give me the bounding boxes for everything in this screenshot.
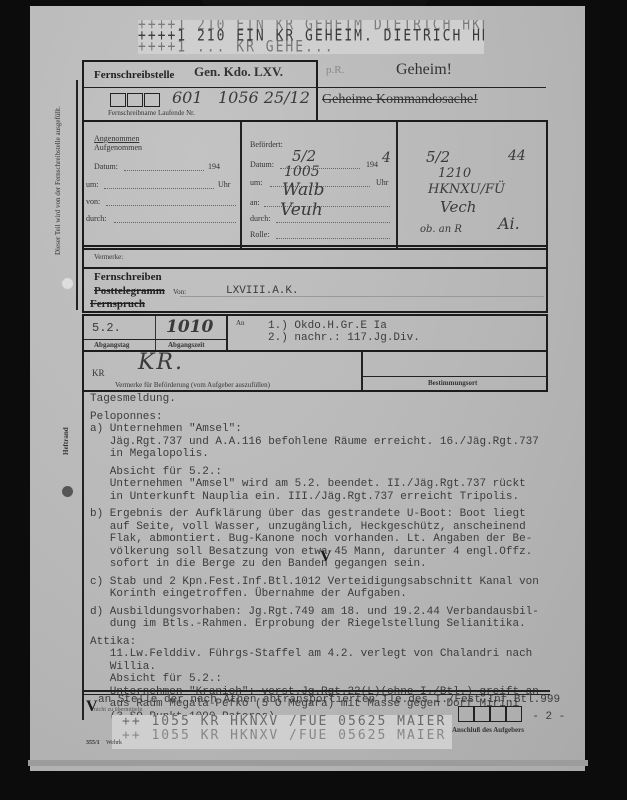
- message-line: Peloponnes:: [90, 411, 560, 424]
- message-line: d) Ausbildungsvorhaben: Jg.Rgt.749 am 18…: [90, 606, 560, 619]
- teleprinter-strip-bottom: ++ 1055 KR HKNXV /FUE 05625 MAIER VATB +…: [112, 715, 452, 749]
- to-label: An: [236, 319, 245, 327]
- dispatch-time: 1010: [166, 317, 213, 337]
- subscriber-box: [490, 706, 506, 722]
- message-line: b) Ergebnis der Aufklärung über das gest…: [90, 508, 560, 521]
- date-label: Datum:: [94, 162, 118, 171]
- message-line: auf Seite, voll Wasser, unzugänglich, He…: [90, 521, 560, 534]
- date-label: Datum:: [250, 160, 274, 169]
- subscriber-box: [506, 706, 522, 722]
- divider: [361, 352, 363, 390]
- message-line: 11.Lw.Felddiv. Führgs-Staffel am 4.2. ve…: [90, 648, 560, 661]
- annotation-time: 1210: [438, 166, 471, 181]
- station-label: Fernschreibstelle: [94, 69, 174, 81]
- subscriber-label: Anschluß des Aufgebers: [452, 726, 524, 734]
- priority-code-label: KR: [92, 368, 105, 378]
- stamp-initials: p.R.: [326, 64, 344, 76]
- handwritten-by: Veuh: [280, 200, 323, 220]
- message-line: Absicht für 5.2.:: [90, 466, 560, 479]
- annotation-date: 5/2: [426, 148, 450, 166]
- recorded-label: Aufgenommen: [94, 143, 142, 152]
- by-label: durch:: [86, 214, 106, 223]
- punch-hole: [62, 278, 73, 289]
- divider: [84, 339, 228, 340]
- forwarded-label: Befördert:: [250, 140, 283, 149]
- by-line: [276, 222, 390, 223]
- year-prefix: 194: [208, 162, 220, 171]
- annotation-note: ob. an R: [420, 224, 462, 235]
- from-line: [180, 296, 544, 297]
- year-prefix: 194: [366, 160, 378, 169]
- forwarded-column: Befördert: Datum: 5/2 194 4 um: 1005 Uhr…: [242, 122, 398, 248]
- left-rule-lower: [82, 390, 84, 720]
- handwritten-year: 4: [382, 150, 391, 166]
- annotation-name: Vech: [440, 198, 476, 216]
- subscriber-box: [474, 706, 490, 722]
- handwritten-date: 5/2: [292, 147, 316, 165]
- option-fernspruch: Fernspruch: [90, 298, 145, 310]
- side-note-upper: Dieser Teil wird von der Fernschreibstel…: [54, 80, 68, 255]
- message-line: Absicht für 5.2.:: [90, 673, 560, 686]
- recipient-1: 1.) Okdo.H.Gr.E Ia: [268, 320, 387, 333]
- role-line: [276, 238, 390, 239]
- message-line: c) Stab und 2 Kpn.Fest.Inf.Btl.1012 Vert…: [90, 576, 560, 589]
- station-value: Gen. Kdo. LXV.: [194, 64, 283, 80]
- name-label: Fernschreibname Laufende Nr.: [108, 109, 195, 117]
- insert-line: an Stelle der nach Athen abtransportiert…: [98, 694, 560, 707]
- message-line: a) Unternehmen "Amsel":: [90, 423, 560, 436]
- message-line: Unternehmen "Amsel" wird am 5.2. beendet…: [90, 478, 560, 491]
- divider: [318, 87, 546, 88]
- classification: Geheim!: [396, 61, 452, 79]
- hour-label: Uhr: [376, 178, 388, 187]
- time-line: [104, 188, 214, 189]
- annotation-initials: Ai.: [498, 214, 520, 233]
- message-line: Korinth eingetroffen. Übernahme der Aufg…: [90, 588, 560, 601]
- from-label: Von:: [173, 288, 186, 296]
- remarks-label: Vermerke:: [94, 253, 123, 261]
- page-edge: [28, 760, 588, 766]
- role-label: Rolle:: [250, 230, 270, 239]
- annotation-year: 44: [508, 148, 526, 164]
- time-label: um:: [250, 178, 262, 187]
- recipient-2: 2.) nachr.: 117.Jg.Div.: [268, 332, 420, 345]
- option-telex: Fernschreiben: [94, 271, 162, 283]
- strip-line: ++ 1055 KR HKNXV /FUE 05625 MAIER VATB +: [122, 715, 452, 729]
- dispatch-time-label: Abgangszeit: [168, 341, 205, 349]
- handwritten-to: Walb: [282, 180, 324, 200]
- date-line: [124, 170, 204, 171]
- message-line: Willia.: [90, 661, 560, 674]
- received-label: Angenommen: [94, 134, 139, 143]
- dispatch-day: 5.2.: [92, 322, 121, 335]
- strip-line: ++++1 ... KR GEHE...: [138, 41, 484, 54]
- to-label: an:: [250, 198, 260, 207]
- divider: [362, 376, 546, 377]
- remarks-box: [82, 245, 548, 269]
- from-label: von:: [86, 197, 100, 206]
- by-line: [114, 222, 236, 223]
- form-number: 355/1: [86, 740, 100, 746]
- message-line: Attika:: [90, 636, 560, 649]
- received-column: Angenommen Aufgenommen Datum: 194 um: Uh…: [84, 122, 242, 248]
- teleprinter-strip-top: ++++1 210 EIN KR GEHEIM DIETRICH HKNXU/F…: [138, 20, 484, 54]
- forwarding-note-label: Vermerke für Beförderung (vom Aufgeber a…: [115, 381, 270, 389]
- checkmark-stamp: V: [320, 548, 332, 566]
- from-line: [106, 205, 236, 206]
- message-line: in Unterkunft Nauplia ein. III./Jäg.Rgt.…: [90, 491, 560, 504]
- destination-label: Bestimmungsort: [428, 379, 477, 387]
- punch-hole: [62, 486, 73, 497]
- name-box: [144, 93, 160, 107]
- subscriber-box: [458, 706, 474, 722]
- side-note-heftrand: Heftrand: [62, 395, 74, 455]
- by-label: durch:: [250, 214, 270, 223]
- annotation-column: 5/2 44 1210 HKNXU/FÜ Vech Ai. ob. an R: [398, 122, 546, 248]
- message-title: Tagesmeldung.: [90, 393, 560, 406]
- dispatch-day-label: Abgangstag: [94, 341, 129, 349]
- name-box: [127, 93, 143, 107]
- annotation-code: HKNXU/FÜ: [428, 182, 505, 197]
- message-line: Flak, abmontiert. Bug-Kanone noch vorhan…: [90, 533, 560, 546]
- strip-line: ++ 1055 KR HKNXV /FUE 05625 MAIER VATB +: [122, 729, 452, 743]
- message-line: dung im Btls.-Rahmen. Erprobung der Rieg…: [90, 618, 560, 631]
- hour-label: Uhr: [218, 180, 230, 189]
- classification-struck: Geheime Kommandosache!: [322, 92, 478, 108]
- time-label: um:: [86, 180, 98, 189]
- divider: [84, 690, 550, 692]
- option-posttelegramm: Posttelegramm: [94, 285, 165, 297]
- name-box: [110, 93, 126, 107]
- message-line: Jäg.Rgt.737 und A.A.116 befohlene Räume …: [90, 436, 560, 449]
- handwritten-number: 1056 25/12: [218, 88, 310, 107]
- handwritten-name: 601: [172, 88, 203, 107]
- priority-hand: KR.: [138, 350, 184, 375]
- form-suffix: Wehrk: [106, 740, 122, 746]
- message-line: in Megalopolis.: [90, 448, 560, 461]
- left-rule: [76, 80, 78, 310]
- not-transmit-label: nicht zu übermitteln: [94, 707, 142, 713]
- handwritten-time: 1005: [284, 164, 320, 180]
